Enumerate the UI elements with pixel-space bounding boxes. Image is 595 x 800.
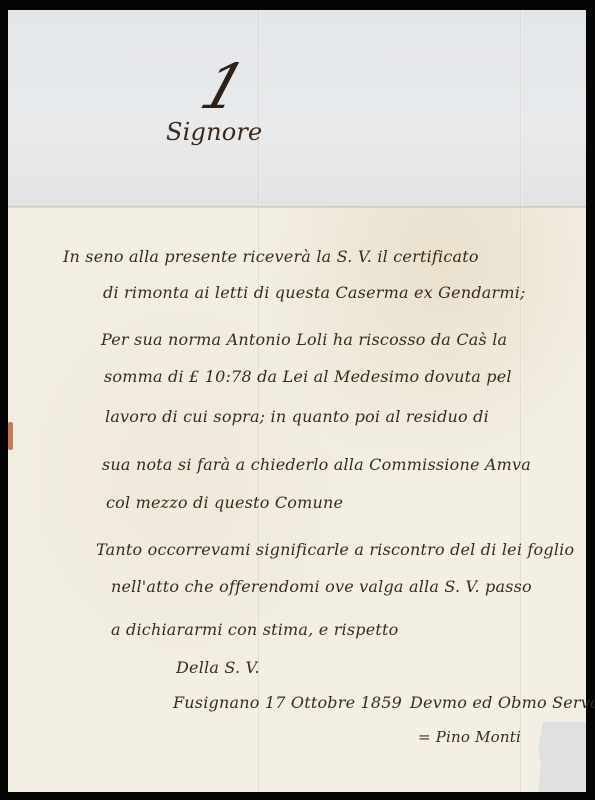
horizontal-fold-crease <box>8 206 586 208</box>
letter-sheet: 1 Signore In seno alla presente riceverà… <box>8 10 586 792</box>
torn-corner <box>538 722 586 792</box>
vertical-fold-crease <box>520 10 522 792</box>
body-line: somma di £ 10:78 da Lei al Medesimo dovu… <box>104 367 512 386</box>
body-line: nell'atto che offerendomi ove valga alla… <box>111 577 532 596</box>
body-line: di rimonta ai letti di questa Caserma ex… <box>103 283 526 302</box>
body-line: sua nota si farà a chiederlo alla Commis… <box>102 455 531 474</box>
body-line: Per sua norma Antonio Loli ha riscosso d… <box>101 330 507 349</box>
body-line: Tanto occorrevami significarle a riscont… <box>96 540 574 559</box>
body-line: lavoro di cui sopra; in quanto poi al re… <box>105 407 489 426</box>
red-seal-remnant <box>8 422 13 450</box>
salutation: Signore <box>166 118 262 146</box>
closing: Della S. V. <box>176 658 260 677</box>
signature-name: = Pino Monti <box>418 728 521 746</box>
signature-line-1: Devmo ed Obmo Servo <box>410 693 595 712</box>
body-line: col mezzo di questo Comune <box>106 493 343 512</box>
place-date: Fusignano 17 Ottobre 1859 <box>173 693 402 712</box>
upper-fold-band <box>8 10 586 207</box>
body-line: In seno alla presente riceverà la S. V. … <box>63 247 479 266</box>
body-line: a dichiararmi con stima, e rispetto <box>111 620 398 639</box>
